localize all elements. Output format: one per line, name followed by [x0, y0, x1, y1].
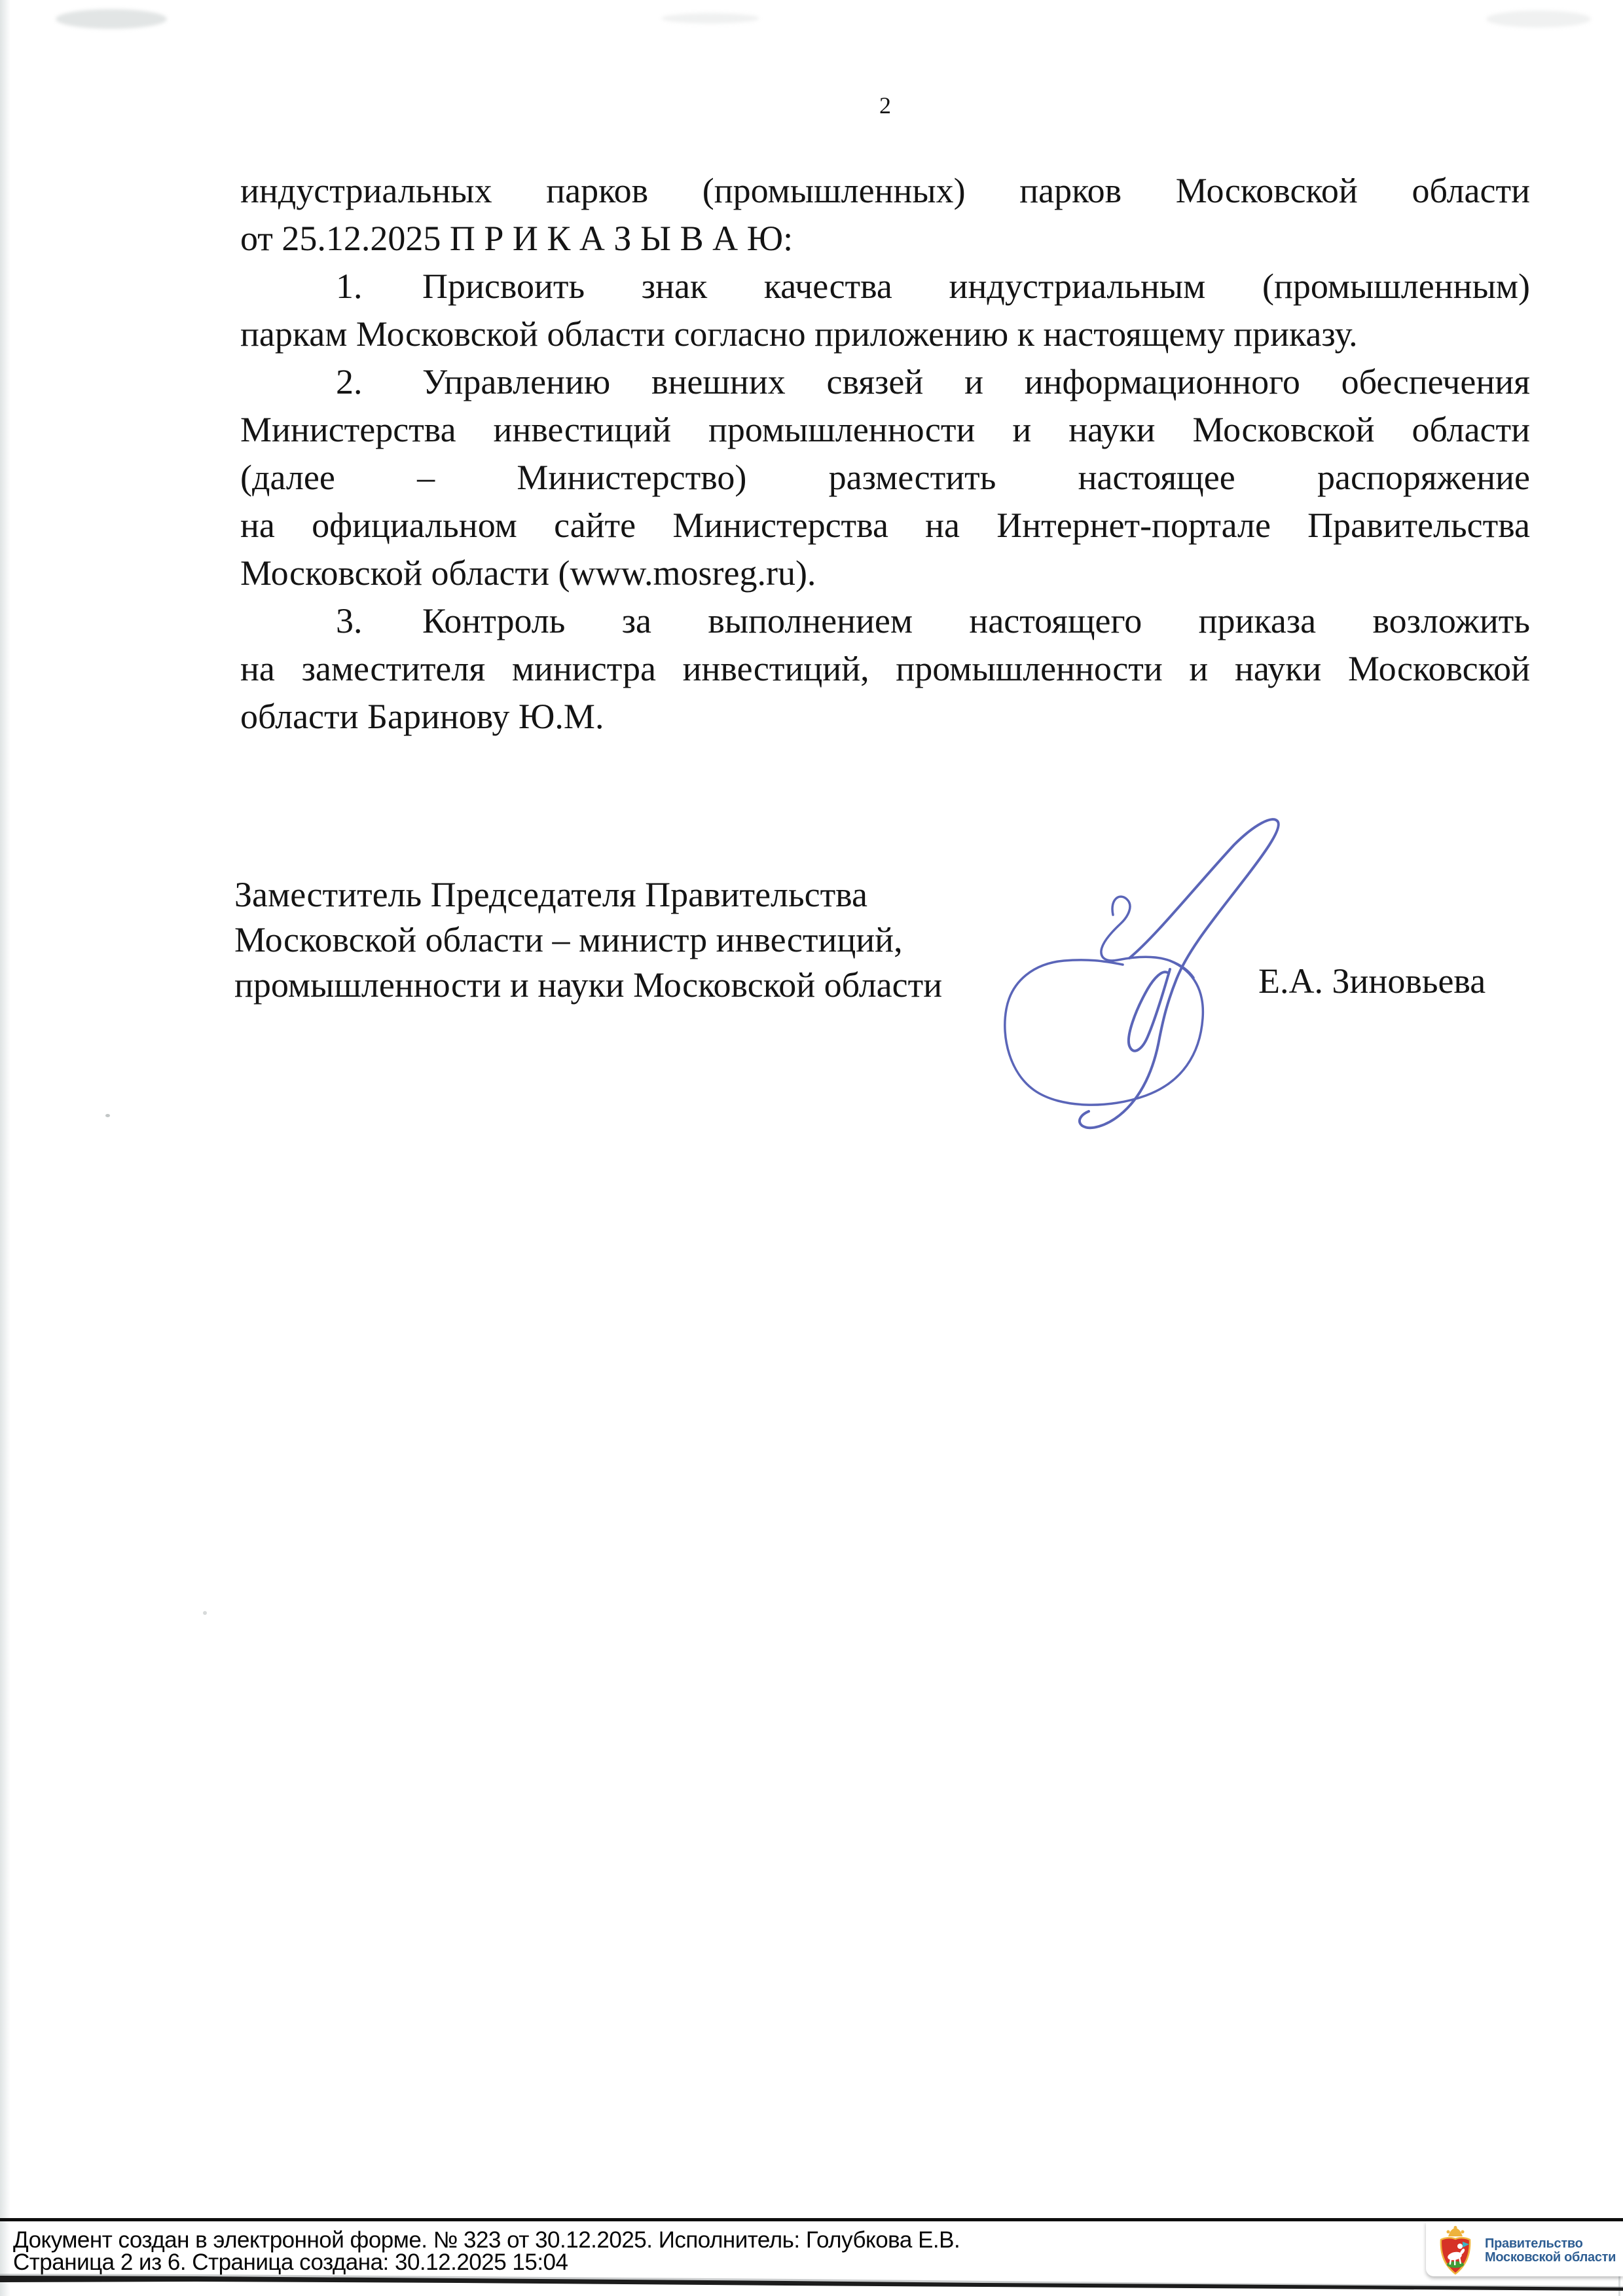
- document-body: индустриальных парков (промышленных) пар…: [240, 167, 1530, 741]
- item-text: Присвоить знак качества индустриальным (…: [422, 267, 1530, 306]
- crown-orb: [1461, 2231, 1465, 2234]
- signature-stroke: [1005, 960, 1203, 1105]
- body-line: индустриальных парков (промышленных) пар…: [240, 167, 1530, 215]
- scan-bottom-smudge-bar: [0, 2276, 1623, 2291]
- rider: [1457, 2244, 1463, 2249]
- body-line: паркам Московской области согласно прило…: [240, 310, 1530, 358]
- scan-left-edge-artifact: [0, 0, 10, 2296]
- page-number: 2: [240, 92, 1530, 119]
- signer-position-block: Заместитель Председателя Правительства М…: [234, 872, 942, 1008]
- scan-smear: [661, 13, 759, 24]
- scan-bottom-smudge: [0, 2267, 1623, 2296]
- government-logo-line-1: Правительство: [1485, 2237, 1616, 2251]
- signature-stroke: [1080, 819, 1279, 1128]
- signer-position-line: Московской области – министр инвестиций,: [234, 917, 942, 963]
- scan-smear: [1486, 10, 1591, 28]
- government-logo-line-2: Московской области: [1485, 2251, 1616, 2265]
- crown-orb: [1454, 2226, 1457, 2229]
- body-line: (далее – Министерство) разместить настоя…: [240, 454, 1530, 502]
- item-number: 2.: [336, 358, 422, 406]
- signer-position-line: промышленности и науки Московской област…: [234, 963, 942, 1008]
- body-line: области Баринову Ю.М.: [240, 693, 1530, 741]
- body-line-item-2: 2.Управлению внешних связей и информацио…: [240, 358, 1530, 406]
- body-line-item-3: 3.Контроль за выполнением настоящего при…: [240, 597, 1530, 645]
- scan-speck: [203, 1611, 207, 1615]
- body-line: Министерства инвестиций промышленности и…: [240, 406, 1530, 454]
- government-logo: Правительство Московской области: [1426, 2221, 1623, 2276]
- item-number: 1.: [336, 263, 422, 310]
- scanned-document-page: 2 индустриальных парков (промышленных) п…: [0, 0, 1623, 2296]
- signer-name: Е.А. Зиновьева: [1258, 961, 1486, 1001]
- horse-leg: [1454, 2259, 1455, 2265]
- signature-stroke: [1129, 969, 1170, 1051]
- body-line-item-1: 1.Присвоить знак качества индустриальным…: [240, 263, 1530, 310]
- footer-divider-line: [0, 2218, 1623, 2221]
- crown-orb: [1447, 2231, 1450, 2234]
- item-number: 3.: [336, 597, 422, 645]
- body-line: Московской области (www.mosreg.ru).: [240, 549, 1530, 597]
- handwritten-signature: [998, 815, 1283, 1133]
- body-line: от 25.12.2025 П Р И К А З Ы В А Ю:: [240, 215, 1530, 263]
- scan-smear: [56, 9, 167, 29]
- body-line: на заместителя министра инвестиций, пром…: [240, 645, 1530, 693]
- item-text: Контроль за выполнением настоящего прика…: [422, 601, 1530, 640]
- government-logo-text: Правительство Московской области: [1485, 2237, 1616, 2265]
- moscow-oblast-coat-of-arms-icon: [1435, 2226, 1476, 2276]
- scan-speck: [105, 1114, 110, 1117]
- body-line: на официальном сайте Министерства на Инт…: [240, 502, 1530, 549]
- footer-meta-line-1: Документ создан в электронной форме. № 3…: [13, 2229, 1388, 2251]
- signer-position-line: Заместитель Председателя Правительства: [234, 872, 942, 917]
- item-text: Управлению внешних связей и информационн…: [422, 362, 1530, 401]
